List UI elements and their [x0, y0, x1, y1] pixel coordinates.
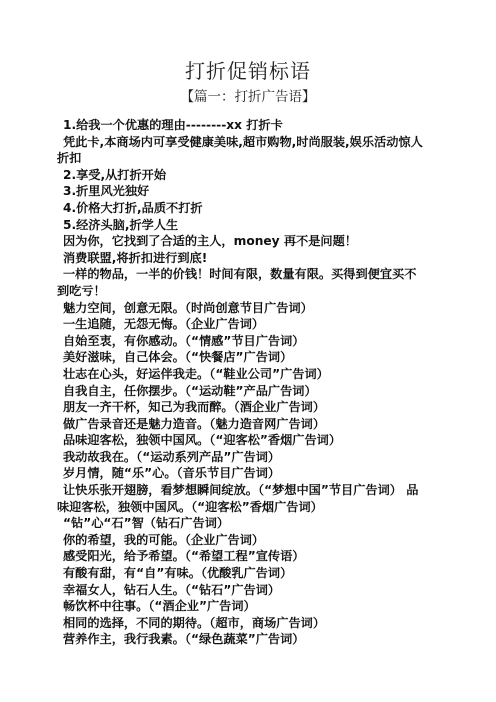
- text-line: 朋友一齐干杯，知己为我而醉。（酒企业广告词）: [58, 399, 438, 416]
- text-line: 一生追随，无怨无悔。（企业广告词）: [58, 316, 438, 333]
- text-line: 营养作主，我行我素。（“绿色蔬菜”广告词）: [58, 631, 438, 648]
- text-line: 畅饮杯中往事。（“酒企业”广告词）: [58, 598, 438, 615]
- text-line: 凭此卡,本商场内可享受健康美味,超市购物,时尚服装,娱乐活动惊人: [58, 134, 438, 151]
- text-line: 自我自主，任你摆步。（“运动鞋”产品广告词）: [58, 383, 438, 400]
- document-body: 1.给我一个优惠的理由--------xx 打折卡 凭此卡,本商场内可享受健康美…: [58, 117, 438, 648]
- text-line: 魅力空间，创意无限。（时尚创意节目广告词）: [58, 300, 438, 317]
- text-line: 有酸有甜，有“自”有味。（优酸乳广告词）: [58, 565, 438, 582]
- text-line: 岁月情，随“乐”心。（音乐节目广告词）: [58, 465, 438, 482]
- text-line: 味迎客松，独领中国风。（“迎客松”香烟广告词）: [57, 499, 438, 516]
- text-line: 幸福女人，钻石人生。（“钻石”广告词）: [58, 582, 438, 599]
- text-line: 一样的物品，一半的价钱！时间有限，数量有限。买得到便宜买不: [58, 266, 438, 283]
- text-line: 自始至衷，有你感动。（“情感”节目广告词）: [58, 333, 438, 350]
- document-title: 打折促销标语: [0, 58, 496, 84]
- text-line: 品味迎客松，独领中国风。（“迎客松”香烟广告词）: [58, 432, 438, 449]
- text-line: 美好滋味，自己体会。（“快餐店”广告词）: [58, 349, 438, 366]
- text-line: 你的希望，我的可能。（企业广告词）: [58, 532, 438, 549]
- text-line: 做广告录音还是魅力造音。（魅力造音网广告词）: [58, 416, 438, 433]
- text-line: 4.价格大打折,品质不打折: [58, 200, 438, 217]
- text-line: 折扣: [57, 150, 438, 167]
- text-line: 感受阳光，给予希望。（“希望工程”宣传语）: [58, 548, 438, 565]
- text-line: 消费联盟,将折扣进行到底!: [58, 250, 438, 267]
- text-line: 到吃亏！: [57, 283, 438, 300]
- text-line: 因为你，它找到了合适的主人，money 再不是问题！: [58, 233, 438, 250]
- text-line: “钻”心“石”智（钻石广告词）: [58, 515, 438, 532]
- document-subtitle: 【篇一：打折广告语】: [0, 88, 496, 106]
- text-line: 2.享受,从打折开始: [58, 167, 438, 184]
- text-line: 1.给我一个优惠的理由--------xx 打折卡: [58, 117, 438, 134]
- text-line: 相同的选择，不同的期待。（超市，商场广告词）: [58, 615, 438, 632]
- text-line: 3.折里风光独好: [58, 183, 438, 200]
- text-line: 壮志在心头，好运伴我走。（“鞋业公司”广告词）: [58, 366, 438, 383]
- document-page: 打折促销标语 【篇一：打折广告语】 1.给我一个优惠的理由--------xx …: [0, 0, 496, 702]
- text-line: 我动故我在。（“运动系列产品”广告词）: [58, 449, 438, 466]
- text-line: 让快乐张开翅膀，看梦想瞬间绽放。（“梦想中国”节目广告词） 品: [58, 482, 438, 499]
- text-line: 5.经济头脑,折学人生: [58, 217, 438, 234]
